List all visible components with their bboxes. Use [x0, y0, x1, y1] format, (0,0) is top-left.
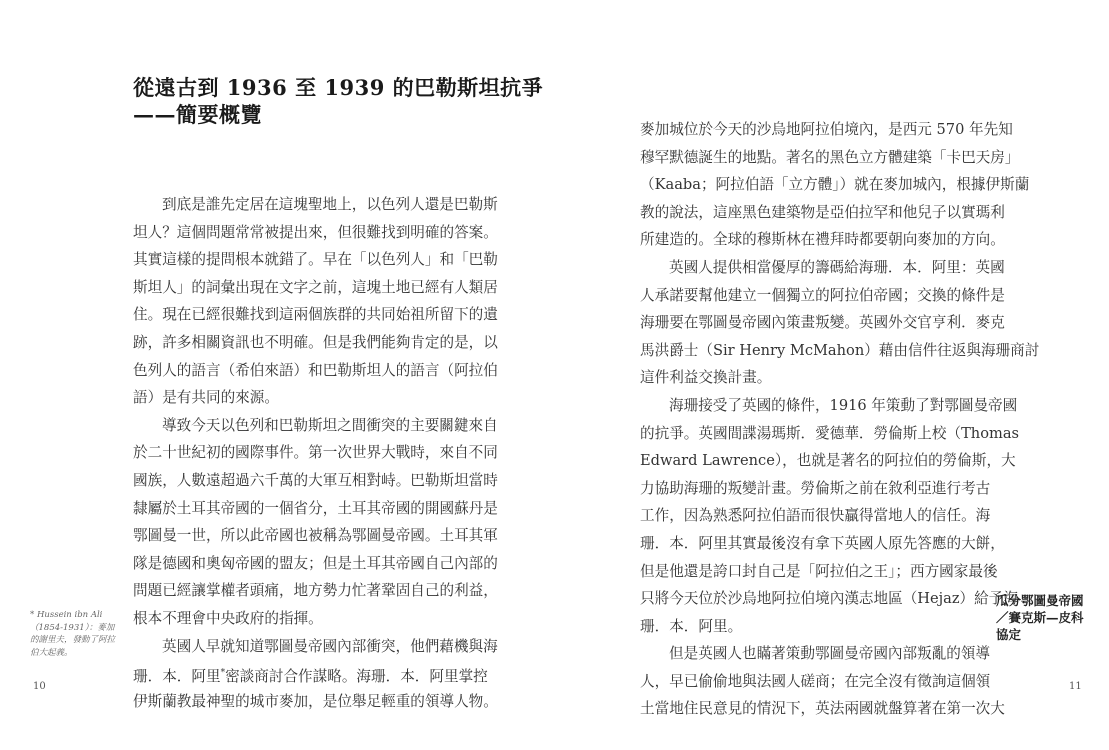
- body-line: 馬洪爵士（Sir Henry McMahon）藉由信件往返與海珊商討: [640, 337, 982, 365]
- body-line: 的抗爭。英國間諜湯瑪斯．愛德華．勞倫斯上校（Thomas: [640, 420, 982, 448]
- body-line: 住。現在已經很難找到這兩個族群的共同始祖所留下的遺: [133, 301, 473, 329]
- body-line: 麥加城位於今天的沙烏地阿拉伯境內，是西元 570 年先知: [640, 116, 982, 144]
- body-line: 所建造的。全球的穆斯林在禮拜時都要朝向麥加的方向。: [640, 226, 982, 254]
- body-line: 人承諾要幫他建立一個獨立的阿拉伯帝國；交換的條件是: [640, 282, 982, 310]
- body-line: 鄂圖曼一世，所以此帝國也被稱為鄂圖曼帝國。土耳其軍: [133, 522, 473, 550]
- body-line: 語）是有共同的來源。: [133, 384, 473, 412]
- body-line: 斯坦人」的詞彙出現在文字之前，這塊土地已經有人類居: [133, 274, 473, 302]
- body-line: 珊．本．阿里其實最後沒有拿下英國人原先答應的大餅，: [640, 530, 982, 558]
- body-line: 這件利益交換計畫。: [640, 364, 982, 392]
- body-line: 色列人的語言（希伯來語）和巴勒斯坦人的語言（阿拉伯: [133, 357, 473, 385]
- body-line: 國族，人數遠超過六千萬的大軍互相對峙。巴勒斯坦當時: [133, 467, 473, 495]
- sidenote-line: 伯大起義。: [30, 647, 118, 660]
- page-number-left: 10: [33, 681, 46, 692]
- body-line: 人，早已偷偷地與法國人磋商；在完全沒有徵詢這個領: [640, 668, 982, 696]
- sidenote-line: （1854-1931）：麥加: [30, 622, 118, 635]
- body-line: 只將今天位於沙烏地阿拉伯境內漢志地區（Hejaz）給予海: [640, 585, 982, 613]
- body-line: 隊是德國和奧匈帝國的盟友；但是土耳其帝國自己內部的: [133, 550, 473, 578]
- body-line: （Kaaba；阿拉伯語「立方體」）就在麥加城內，根據伊斯蘭: [640, 171, 982, 199]
- left-body-text: 到底是誰先定居在這塊聖地上，以色列人還是巴勒斯坦人？這個問題常常被提出來，但很難…: [133, 191, 473, 715]
- body-line: 問題已經讓掌權者頭痛，地方勢力忙著鞏固自己的利益，: [133, 577, 473, 605]
- body-line: 但是他還是誇口封自己是「阿拉伯之王」；西方國家最後: [640, 558, 982, 586]
- margin-heading-line: 協定: [996, 626, 1101, 643]
- body-line: 土當地住民意見的情況下，英法兩國就盤算著在第一次大: [640, 695, 982, 723]
- sidenote-line: * Hussein ibn Ali: [30, 609, 118, 622]
- body-line: 隸屬於土耳其帝國的一個省分，土耳其帝國的開國蘇丹是: [133, 495, 473, 523]
- body-line: 於二十世紀初的國際事件。第一次世界大戰時，來自不同: [133, 439, 473, 467]
- body-line: 但是英國人也瞞著策動鄂圖曼帝國內部叛亂的領導: [640, 640, 982, 668]
- chapter-title-line-2: ——簡要概覽: [133, 101, 553, 128]
- body-line: 伊斯蘭教最神聖的城市麥加，是位舉足輕重的領導人物。: [133, 688, 473, 716]
- chapter-title: 從遠古到 1936 至 1939 的巴勒斯坦抗爭 ——簡要概覽: [133, 74, 553, 128]
- body-line: 根本不理會中央政府的指揮。: [133, 605, 473, 633]
- footnote-ref-line: 珊．本．阿里*密談商討合作謀略。海珊．本．阿里掌控: [133, 660, 473, 688]
- body-line: 坦人？這個問題常常被提出來，但很難找到明確的答案。: [133, 219, 473, 247]
- body-line: 其實這樣的提問根本就錯了。早在「以色列人」和「巴勒: [133, 246, 473, 274]
- text-fragment: 珊．本．阿里: [133, 668, 221, 685]
- body-line: 到底是誰先定居在這塊聖地上，以色列人還是巴勒斯: [133, 191, 473, 219]
- body-line: Edward Lawrence），也就是著名的阿拉伯的勞倫斯，大: [640, 447, 982, 475]
- body-line: 珊．本．阿里。: [640, 613, 982, 641]
- body-line: 力協助海珊的叛變計畫。勞倫斯之前在敘利亞進行考古: [640, 475, 982, 503]
- chapter-title-line-1: 從遠古到 1936 至 1939 的巴勒斯坦抗爭: [133, 74, 553, 101]
- page-number-right: 11: [1069, 681, 1082, 692]
- body-line: 穆罕默德誕生的地點。著名的黑色立方體建築「卡巴天房」: [640, 144, 982, 172]
- body-line: 導致今天以色列和巴勒斯坦之間衝突的主要關鍵來自: [133, 412, 473, 440]
- body-line: 英國人提供相當優厚的籌碼給海珊．本．阿里：英國: [640, 254, 982, 282]
- body-line: 英國人早就知道鄂圖曼帝國內部衝突，他們藉機與海: [133, 633, 473, 661]
- margin-heading-line: ／賽克斯—皮科: [996, 609, 1101, 626]
- right-body-text: 麥加城位於今天的沙烏地阿拉伯境內，是西元 570 年先知穆罕默德誕生的地點。著名…: [640, 116, 982, 723]
- body-line: 海珊要在鄂圖曼帝國內策畫叛變。英國外交官亨利．麥克: [640, 309, 982, 337]
- footnote-sidenote: * Hussein ibn Ali （1854-1931）：麥加 的謝里夫，發動…: [30, 609, 118, 659]
- body-line: 教的說法，這座黑色建築物是亞伯拉罕和他兒子以實瑪利: [640, 199, 982, 227]
- margin-heading: 瓜分鄂圖曼帝國 ／賽克斯—皮科 協定: [996, 592, 1101, 643]
- sidenote-line: 的謝里夫，發動了阿拉: [30, 634, 118, 647]
- margin-heading-line: 瓜分鄂圖曼帝國: [996, 592, 1101, 609]
- body-line: 跡，許多相關資訊也不明確。但是我們能夠肯定的是，以: [133, 329, 473, 357]
- text-fragment: 密談商討合作謀略。海珊．本．阿里掌控: [225, 668, 488, 685]
- body-line: 工作，因為熟悉阿拉伯語而很快贏得當地人的信任。海: [640, 502, 982, 530]
- body-line: 海珊接受了英國的條件，1916 年策動了對鄂圖曼帝國: [640, 392, 982, 420]
